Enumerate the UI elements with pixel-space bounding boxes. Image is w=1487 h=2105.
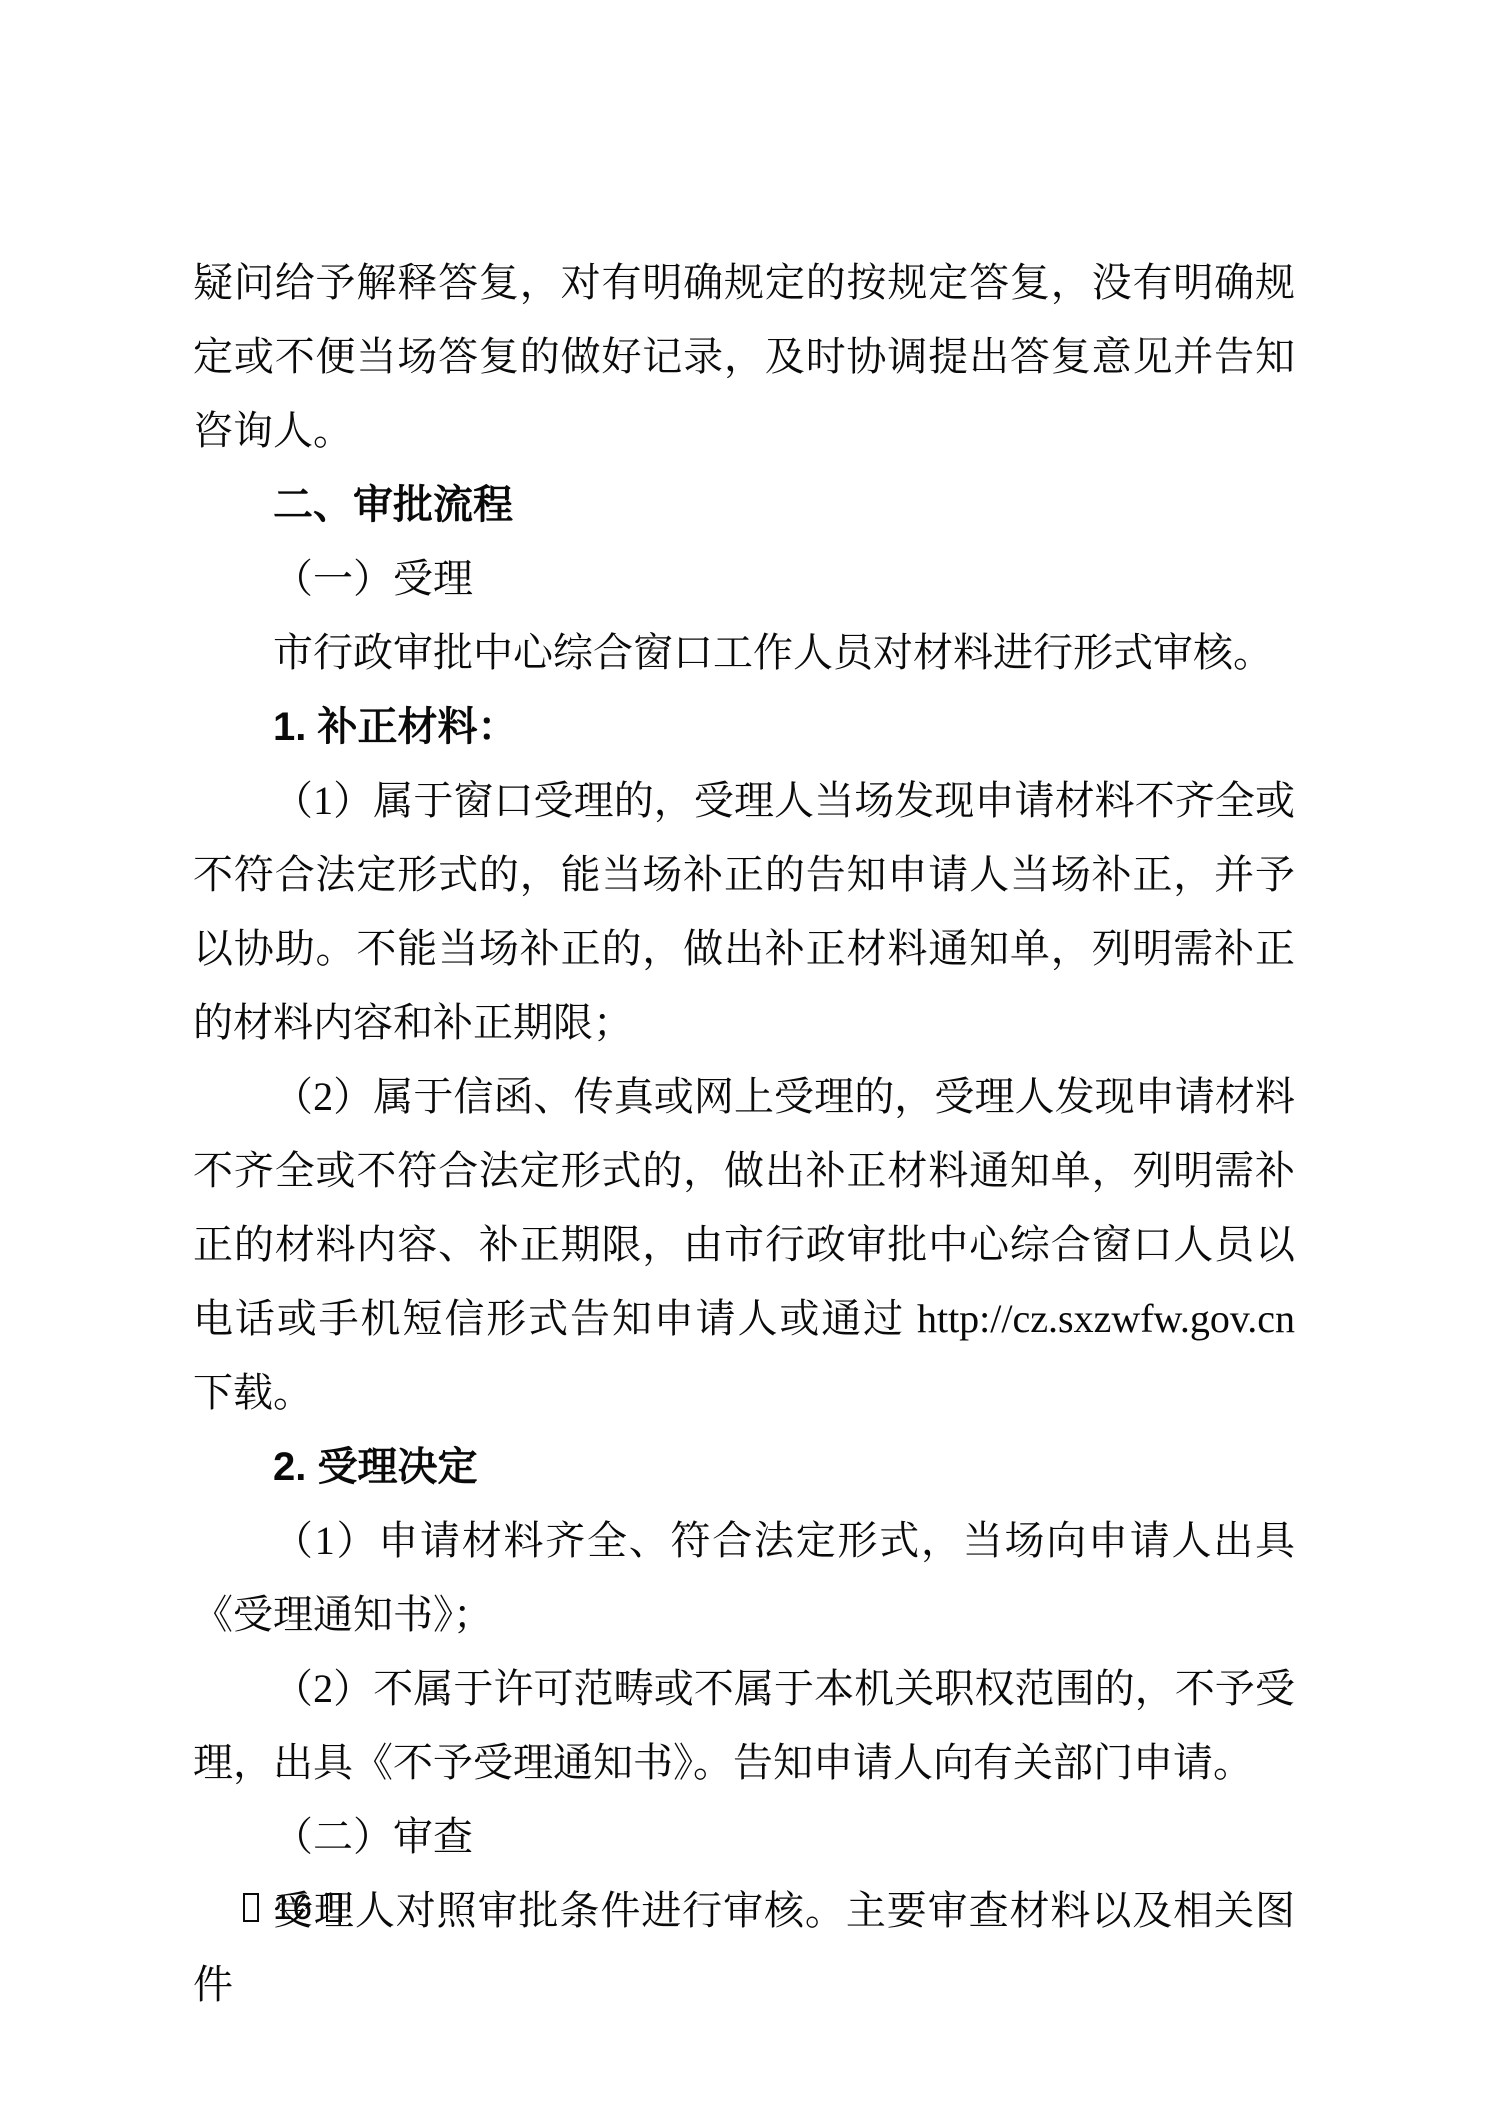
- section-heading-approval-process: 二、审批流程: [193, 468, 1295, 542]
- paragraph-continuation: 疑问给予解释答复，对有明确规定的按规定答复，没有明确规定或不便当场答复的做好记录…: [193, 246, 1295, 468]
- subsection-heading-acceptance: （一）受理: [193, 542, 1295, 616]
- page-footer: 16: [243, 1886, 342, 1928]
- body-paragraph-truncated: 受理人对照审批条件进行审核。主要审查材料以及相关图件: [193, 1874, 1295, 2022]
- document-page: 疑问给予解释答复，对有明确规定的按规定答复，没有明确规定或不便当场答复的做好记录…: [0, 0, 1487, 2105]
- body-paragraph: （1）属于窗口受理的，受理人当场发现申请材料不齐全或不符合法定形式的，能当场补正…: [193, 764, 1295, 1060]
- body-paragraph: （2）不属于许可范畴或不属于本机关职权范围的，不予受理，出具《不予受理通知书》。…: [193, 1652, 1295, 1800]
- document-body: 疑问给予解释答复，对有明确规定的按规定答复，没有明确规定或不便当场答复的做好记录…: [193, 246, 1295, 2022]
- body-paragraph: 市行政审批中心综合窗口工作人员对材料进行形式审核。: [193, 616, 1295, 690]
- body-paragraph: （2）属于信函、传真或网上受理的，受理人发现申请材料不齐全或不符合法定形式的，做…: [193, 1060, 1295, 1430]
- body-paragraph: （1）申请材料齐全、符合法定形式，当场向申请人出具《受理通知书》；: [193, 1504, 1295, 1652]
- missing-glyph-box-left: [243, 1893, 259, 1922]
- page-number: 16: [273, 1890, 312, 1925]
- missing-glyph-box-right: [326, 1893, 342, 1922]
- numbered-heading-supplement-materials: 1. 补正材料：: [193, 690, 1295, 764]
- numbered-heading-acceptance-decision: 2. 受理决定: [193, 1430, 1295, 1504]
- subsection-heading-review: （二）审查: [193, 1800, 1295, 1874]
